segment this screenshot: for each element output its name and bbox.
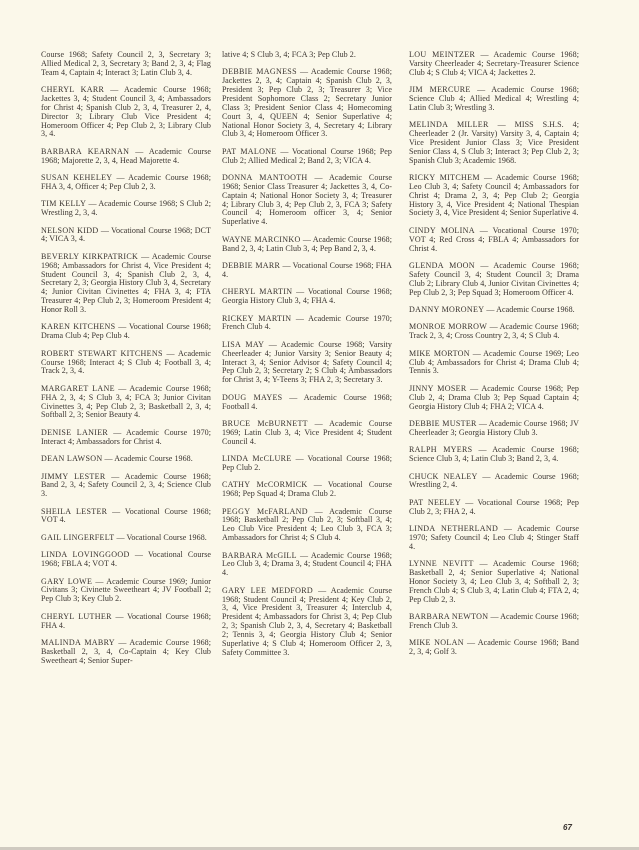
senior-entry: GARY LOWE — Academic Course 1969; Junior…: [41, 578, 211, 605]
student-name: JINNY MOSER: [409, 384, 467, 393]
senior-entry: BARBARA NEWTON — Academic Course 1968; F…: [409, 613, 579, 631]
student-name: CHERYL KARR: [41, 85, 104, 94]
senior-entry: GAIL LINGERFELT — Vocational Course 1968…: [41, 534, 211, 543]
senior-entry: CINDY MOLINA — Vocational Course 1970; V…: [409, 227, 579, 254]
student-name: CATHY McCORMICK: [222, 480, 308, 489]
student-name: BARBARA McGILL: [222, 551, 297, 560]
activities-text: — Academic Course 1968; Senior Class Tre…: [222, 173, 392, 226]
student-name: MIKE MORTON: [409, 349, 470, 358]
senior-entry: JINNY MOSER — Academic Course 1968; Pep …: [409, 385, 579, 412]
student-name: GARY LEE MEDFORD: [222, 586, 313, 595]
senior-entry: WAYNE MARCINKO — Academic Course 1968; B…: [222, 236, 392, 254]
student-name: MIKE NOLAN: [409, 638, 464, 647]
student-name: MELINDA MILLER: [409, 120, 489, 129]
senior-entry: PAT MALONE — Vocational Course 1968; Pep…: [222, 148, 392, 166]
student-name: LINDA McCLURE: [222, 454, 292, 463]
student-name: DEBBIE MUSTER: [409, 419, 477, 428]
senior-entry: DEBBIE MAGNESS — Academic Course 1968; J…: [222, 68, 392, 139]
activities-text: — Academic Course 1968; Jackettes 2, 3, …: [222, 67, 392, 138]
senior-entry: MALINDA MABRY — Academic Course 1968; Ba…: [41, 639, 211, 666]
student-name: ROBERT STEWART KITCHENS: [41, 349, 163, 358]
student-name: PAT NEELEY: [409, 498, 461, 507]
senior-entry: LINDA LOVINGGOOD — Vocational Course 196…: [41, 551, 211, 569]
senior-entry: BARBARA McGILL — Academic Course 1968; L…: [222, 552, 392, 579]
student-name: LINDA LOVINGGOOD: [41, 550, 130, 559]
senior-entry: BARBARA KEARNAN — Academic Course 1968; …: [41, 148, 211, 166]
student-name: CINDY MOLINA: [409, 226, 475, 235]
student-name: LINDA NETHERLAND: [409, 524, 498, 533]
student-name: DENISE LANIER: [41, 428, 108, 437]
senior-entry: MIKE MORTON — Academic Course 1969; Leo …: [409, 350, 579, 377]
senior-entry: SHEILA LESTER — Vocational Course 1968; …: [41, 508, 211, 526]
senior-entry: TIM KELLY — Academic Course 1968; S Club…: [41, 200, 211, 218]
senior-entry: Course 1968; Safety Council 2, 3, Secret…: [41, 51, 211, 78]
activities-text: — Academic Course 1968; Jackettes 3, 4; …: [41, 85, 211, 138]
senior-entry: MONROE MORROW — Academic Course 1968; Tr…: [409, 323, 579, 341]
student-name: TIM KELLY: [41, 199, 86, 208]
student-name: CHERYL LUTHER: [41, 612, 112, 621]
senior-entry: CHERYL LUTHER — Vocational Course 1968; …: [41, 613, 211, 631]
student-name: BARBARA KEARNAN: [41, 147, 129, 156]
student-name: DEBBIE MAGNESS: [222, 67, 297, 76]
senior-entry: BRUCE McBURNETT — Academic Course 1969; …: [222, 420, 392, 447]
student-name: GAIL LINGERFELT: [41, 533, 114, 542]
student-name: SUSAN KEHELEY: [41, 173, 112, 182]
student-name: RICKY MITCHEM: [409, 173, 480, 182]
student-name: DEAN LAWSON: [41, 454, 102, 463]
student-name: RICKEY MARTIN: [222, 314, 291, 323]
senior-entry: LOU MEINTZER — Academic Course 1968; Var…: [409, 51, 579, 78]
activities-text: — Vocational Course 1968.: [114, 533, 206, 542]
senior-entry: KAREN KITCHENS — Vocational Course 1968;…: [41, 323, 211, 341]
activities-text: lative 4; S Club 3, 4; FCA 3; Pep Club 2…: [222, 50, 356, 59]
student-name: KAREN KITCHENS: [41, 322, 115, 331]
student-name: MALINDA MABRY: [41, 638, 115, 647]
senior-entry: RICKY MITCHEM — Academic Course 1968; Le…: [409, 174, 579, 218]
student-name: BEVERLY KIRKPATRICK: [41, 252, 138, 261]
senior-entry: NELSON KIDD — Vocational Course 1968; DC…: [41, 227, 211, 245]
page-number: 67: [563, 823, 572, 832]
senior-entry: LINDA McCLURE — Vocational Course 1968; …: [222, 455, 392, 473]
column-3: LOU MEINTZER — Academic Course 1968; Var…: [409, 51, 579, 666]
senior-entry: RALPH MYERS — Academic Course 1968; Scie…: [409, 446, 579, 464]
senior-entry: SUSAN KEHELEY — Academic Course 1968; FH…: [41, 174, 211, 192]
senior-entry: CHERYL MARTIN — Vocational Course 1968; …: [222, 288, 392, 306]
student-name: GARY LOWE: [41, 577, 92, 586]
student-name: BARBARA NEWTON: [409, 612, 488, 621]
activities-text: Course 1968; Safety Council 2, 3, Secret…: [41, 50, 211, 77]
senior-entry: GLENDA MOON — Academic Course 1968; Safe…: [409, 262, 579, 297]
senior-entry: LINDA NETHERLAND — Academic Course 1970;…: [409, 525, 579, 552]
senior-entry: GARY LEE MEDFORD — Academic Course 1968;…: [222, 587, 392, 658]
column-1: Course 1968; Safety Council 2, 3, Secret…: [41, 51, 211, 674]
senior-entry: JIM MERCURE — Academic Course 1968; Scie…: [409, 86, 579, 113]
senior-entry: CHERYL KARR — Academic Course 1968; Jack…: [41, 86, 211, 139]
senior-entry: RICKEY MARTIN — Academic Course 1970; Fr…: [222, 315, 392, 333]
senior-entry: MELINDA MILLER — MISS S.H.S. 4; Cheerlea…: [409, 121, 579, 165]
senior-entry: MARGARET LANE — Academic Course 1968; FH…: [41, 385, 211, 420]
senior-entry: DEAN LAWSON — Academic Course 1968.: [41, 455, 211, 464]
student-name: PEGGY McFARLAND: [222, 507, 308, 516]
student-name: CHERYL MARTIN: [222, 287, 292, 296]
student-name: WAYNE MARCINKO: [222, 235, 301, 244]
senior-entry: DOUG MAYES — Academic Course 1968; Footb…: [222, 394, 392, 412]
student-name: DEBBIE MARR: [222, 261, 280, 270]
activities-text: — Academic Course 1968.: [484, 305, 574, 314]
senior-entry: JIMMY LESTER — Academic Course 1968; Ban…: [41, 473, 211, 500]
student-name: DONNA MANTOOTH: [222, 173, 308, 182]
senior-entry: DEBBIE MARR — Vocational Course 1968; FH…: [222, 262, 392, 280]
senior-entry: BEVERLY KIRKPATRICK — Academic Course 19…: [41, 253, 211, 315]
senior-entry: PAT NEELEY — Vocational Course 1968; Pep…: [409, 499, 579, 517]
senior-entry: MIKE NOLAN — Academic Course 1968; Band …: [409, 639, 579, 657]
senior-entry: ROBERT STEWART KITCHENS — Academic Cours…: [41, 350, 211, 377]
student-name: BRUCE McBURNETT: [222, 419, 308, 428]
senior-entry: LYNNE NEVITT — Academic Course 1968; Bas…: [409, 560, 579, 604]
student-name: MARGARET LANE: [41, 384, 115, 393]
senior-entry: DENISE LANIER — Academic Course 1970; In…: [41, 429, 211, 447]
student-name: GLENDA MOON: [409, 261, 475, 270]
student-name: NELSON KIDD: [41, 226, 98, 235]
column-2: lative 4; S Club 3, 4; FCA 3; Pep Club 2…: [222, 51, 392, 666]
senior-entry: lative 4; S Club 3, 4; FCA 3; Pep Club 2…: [222, 51, 392, 60]
senior-entry: CHUCK NEALEY — Academic Course 1968; Wre…: [409, 473, 579, 491]
activities-text: — Academic Course 1968; Student Council …: [222, 586, 392, 657]
senior-entry: DANNY MORONEY — Academic Course 1968.: [409, 306, 579, 315]
student-name: JIMMY LESTER: [41, 472, 105, 481]
student-name: SHEILA LESTER: [41, 507, 107, 516]
senior-entry: DEBBIE MUSTER — Academic Course 1968; JV…: [409, 420, 579, 438]
senior-entry: PEGGY McFARLAND — Academic Course 1968; …: [222, 508, 392, 543]
student-name: LYNNE NEVITT: [409, 559, 474, 568]
student-name: CHUCK NEALEY: [409, 472, 478, 481]
student-name: LOU MEINTZER: [409, 50, 475, 59]
student-name: LISA MAY: [222, 340, 264, 349]
senior-entry: CATHY McCORMICK — Vocational Course 1968…: [222, 481, 392, 499]
activities-text: — Academic Course 1968; Ambassadors for …: [41, 252, 211, 314]
student-name: DOUG MAYES: [222, 393, 282, 402]
student-name: DANNY MORONEY: [409, 305, 484, 314]
senior-entry: LISA MAY — Academic Course 1968; Varsity…: [222, 341, 392, 385]
senior-entry: DONNA MANTOOTH — Academic Course 1968; S…: [222, 174, 392, 227]
student-name: MONROE MORROW: [409, 322, 487, 331]
student-name: RALPH MYERS: [409, 445, 472, 454]
activities-text: — Academic Course 1968.: [102, 454, 192, 463]
student-name: PAT MALONE: [222, 147, 277, 156]
student-name: JIM MERCURE: [409, 85, 471, 94]
